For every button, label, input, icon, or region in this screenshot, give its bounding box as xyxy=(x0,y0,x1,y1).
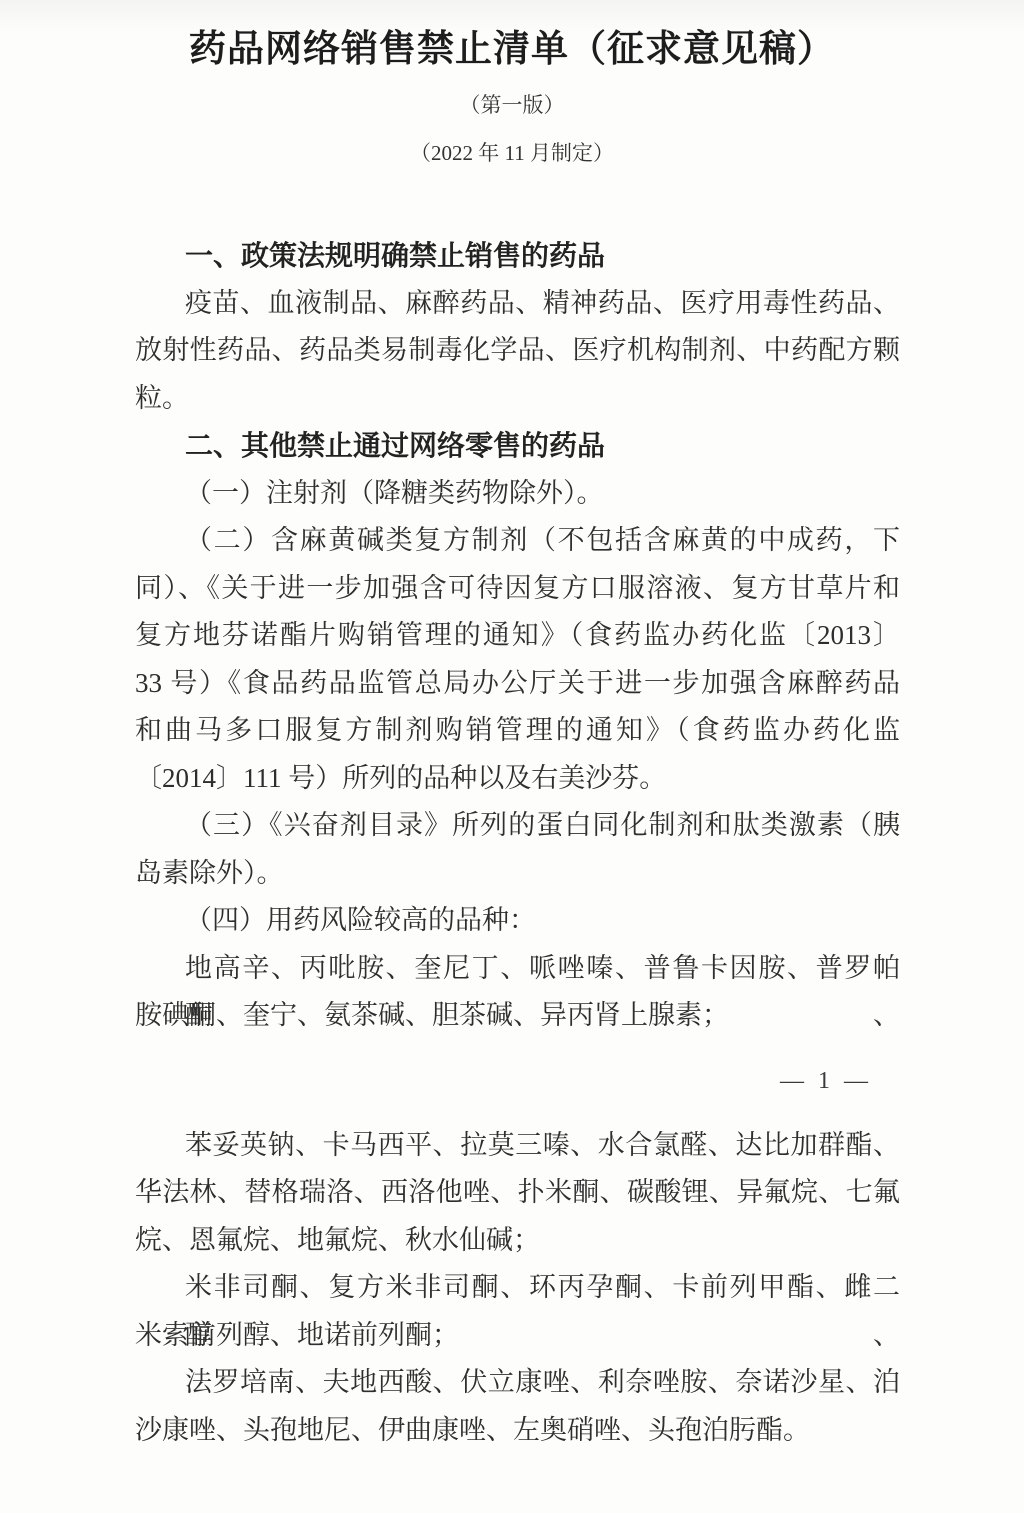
text-line: 苯妥英钠、卡马西平、拉莫三嗪、水合氯醛、达比加群酯、 xyxy=(135,1122,900,1170)
text-line: 岛素除外）。 xyxy=(135,850,900,898)
text-line: 粒。 xyxy=(135,375,900,423)
text-line: 烷、恩氟烷、地氟烷、秋水仙碱； xyxy=(135,1217,900,1265)
text-line: 地高辛、丙吡胺、奎尼丁、哌唑嗪、普鲁卡因胺、普罗帕酮、 xyxy=(135,945,900,993)
text-line: 〔2014〕111 号）所列的品种以及右美沙芬。 xyxy=(135,755,900,803)
date-line: （2022 年 11 月制定） xyxy=(0,140,1024,166)
document-page: 药品网络销售禁止清单（征求意见稿） （第一版） （2022 年 11 月制定） … xyxy=(0,0,1024,1513)
edition-line: （第一版） xyxy=(0,92,1024,118)
text-line: 华法林、替格瑞洛、西洛他唑、扑米酮、碳酸锂、异氟烷、七氟 xyxy=(135,1169,900,1217)
text-line: 复方地芬诺酯片购销管理的通知》（食药监办药化监〔2013〕 xyxy=(135,612,900,660)
text-line: 放射性药品、药品类易制毒化学品、医疗机构制剂、中药配方颗 xyxy=(135,327,900,375)
text-line: 法罗培南、夫地西酸、伏立康唑、利奈唑胺、奈诺沙星、泊 xyxy=(135,1359,900,1407)
text-line: 和曲马多口服复方制剂购销管理的通知》（食药监办药化监 xyxy=(135,707,900,755)
text-line: 33 号）《食品药品监管总局办公厅关于进一步加强含麻醉药品 xyxy=(135,660,900,708)
document-header: 药品网络销售禁止清单（征求意见稿） （第一版） （2022 年 11 月制定） xyxy=(0,0,1024,166)
text-line: （三）《兴奋剂目录》所列的蛋白同化制剂和肽类激素（胰 xyxy=(135,802,900,850)
page-number: — 1 — xyxy=(135,1040,900,1122)
section-heading: 一、政策法规明确禁止销售的药品 xyxy=(135,232,900,280)
text-line: （四）用药风险较高的品种： xyxy=(135,897,900,945)
document-title: 药品网络销售禁止清单（征求意见稿） xyxy=(0,24,1024,74)
text-line: 沙康唑、头孢地尼、伊曲康唑、左奥硝唑、头孢泊肟酯。 xyxy=(135,1407,900,1455)
section-heading: 二、其他禁止通过网络零售的药品 xyxy=(135,422,900,470)
text-line: 米非司酮、复方米非司酮、环丙孕酮、卡前列甲酯、雌二醇、 xyxy=(135,1264,900,1312)
text-line: （一）注射剂（降糖类药物除外）。 xyxy=(135,470,900,518)
document-body: 一、政策法规明确禁止销售的药品疫苗、血液制品、麻醉药品、精神药品、医疗用毒性药品… xyxy=(135,232,900,1454)
text-line: 疫苗、血液制品、麻醉药品、精神药品、医疗用毒性药品、 xyxy=(135,280,900,328)
text-line: （二）含麻黄碱类复方制剂（不包括含麻黄的中成药，下 xyxy=(135,517,900,565)
text-line: 同）、《关于进一步加强含可待因复方口服溶液、复方甘草片和 xyxy=(135,565,900,613)
